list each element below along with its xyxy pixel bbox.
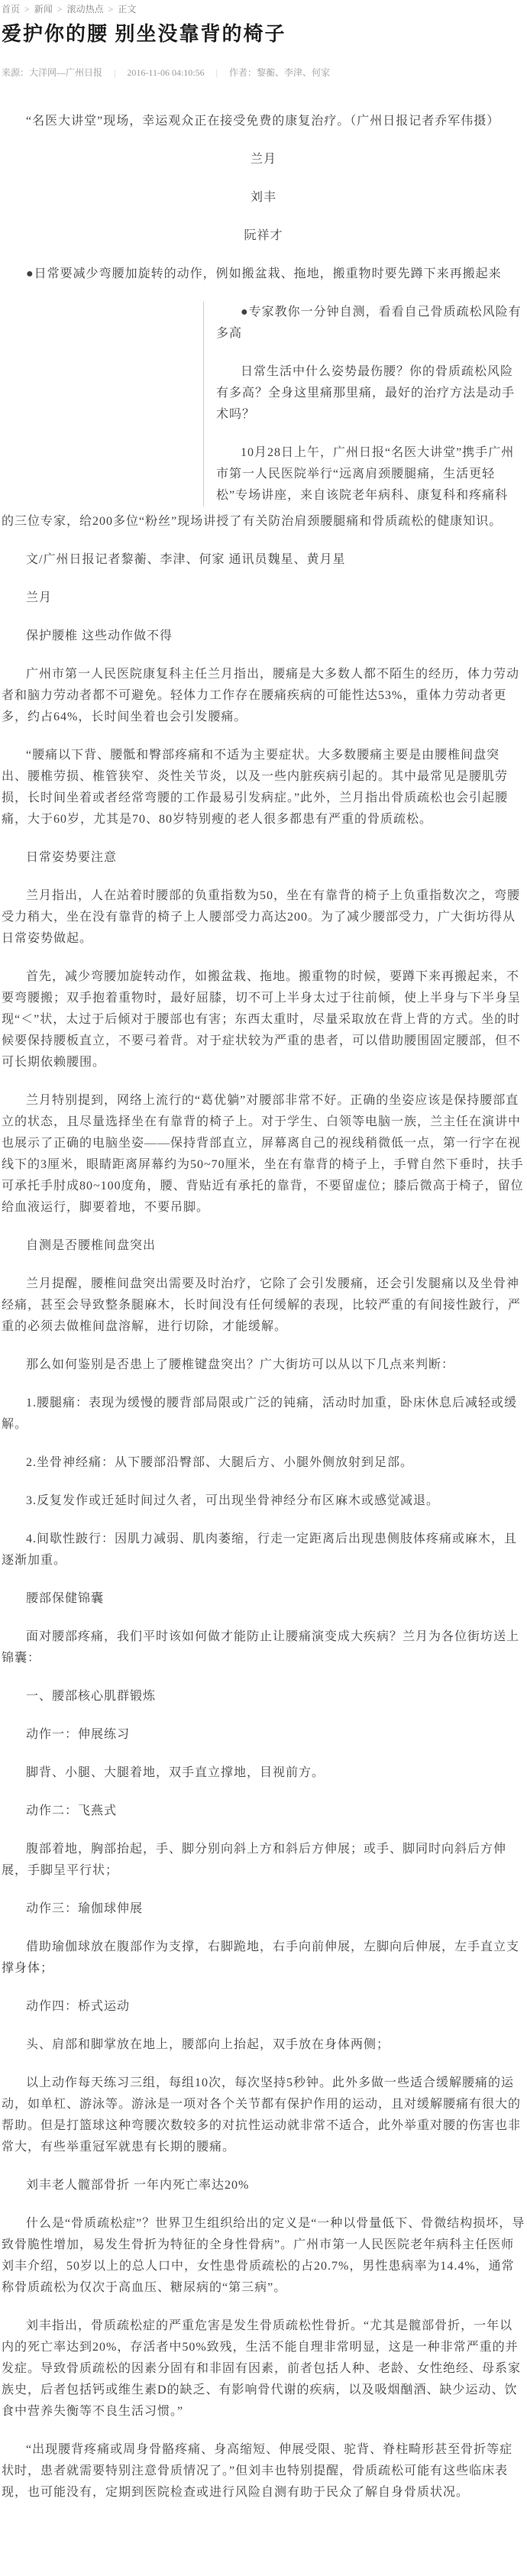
article-paragraph: 一、腰部核心肌群锻炼 xyxy=(2,1686,525,1707)
article-paragraph: 兰月特别提到，网络上流行的“葛优躺”对腰部非常不好。正确的坐姿应该是保持腰部直立… xyxy=(2,1090,525,1218)
highlight-bullet: ●日常要减少弯腰加旋转的动作，例如搬盆栽、拖地，搬重物时要先蹲下来再搬起来 xyxy=(2,264,525,285)
breadcrumb-separator: > xyxy=(108,4,114,15)
article-content: “名医大讲堂”现场，幸运观众正在接受免费的康复治疗。（广州日报记者乔军伟摄） 兰… xyxy=(2,111,525,2503)
quote-paragraph: 10月28日上午，广州日报“名医大讲堂”携手广州市第一人民医院举行“远离肩颈腰腿… xyxy=(216,442,525,506)
article-paragraph: 腰部保健锦囊 xyxy=(2,1588,525,1610)
breadcrumb-separator: > xyxy=(24,4,30,15)
page-title: 爱护你的腰 别坐没靠背的椅子 xyxy=(2,22,525,47)
article-paragraph: 动作一：伸展练习 xyxy=(2,1724,525,1746)
article-paragraph: 自测是否腰椎间盘突出 xyxy=(2,1235,525,1257)
expert-name: 阮祥才 xyxy=(2,225,525,247)
meta-datetime: 2016-11-06 04:10:56 xyxy=(127,67,204,78)
article-paragraph: 兰月提醒，腰椎间盘突出需要及时治疗，它除了会引发腰痛，还会引发腿痛以及坐骨神经痛… xyxy=(2,1273,525,1338)
byline: 文/广州日报记者黎蘅、李津、何家 通讯员魏星、黄月星 xyxy=(2,549,525,571)
article-paragraph: 2.坐骨神经痛：从下腰部沿臀部、大腿后方、小腿外侧放射到足部。 xyxy=(2,1452,525,1474)
article-paragraph: 日常姿势要注意 xyxy=(2,847,525,869)
breadcrumb: 首页>新闻>滚动热点>正文 xyxy=(2,0,525,15)
article-paragraph: 动作三：瑜伽球伸展 xyxy=(2,1898,525,1920)
breadcrumb-link-3: 正文 xyxy=(118,4,136,15)
highlight-quote-block: ●专家教你一分钟自测，看看自己骨质疏松风险有多高日常生活中什么姿势最伤腰？你的骨… xyxy=(203,302,525,506)
article-paragraph: 兰月指出，人在站着时腰部的负重指数为50，坐在有靠背的椅子上负重指数次之，弯腰受… xyxy=(2,885,525,950)
article-paragraph: 动作四：桥式运动 xyxy=(2,1996,525,2018)
article-paragraph: 刘丰指出，骨质疏松症的严重危害是发生骨质疏松性骨折。“尤其是髋部骨折，一年以内的… xyxy=(2,2315,525,2422)
photo-caption: “名医大讲堂”现场，幸运观众正在接受免费的康复治疗。（广州日报记者乔军伟摄） xyxy=(2,111,525,132)
article-paragraph: 借助瑜伽球放在腹部作为支撑，右脚跪地，右手向前伸展，左脚向后伸展，左手直立支撑身… xyxy=(2,1937,525,1979)
quote-paragraph: 日常生活中什么姿势最伤腰？你的骨质疏松风险有多高？全身这里痛那里痛，最好的治疗方… xyxy=(216,361,525,426)
article-paragraph: 广州市第一人民医院康复科主任兰月指出，腰痛是大多数人都不陌生的经历，体力劳动者和… xyxy=(2,664,525,728)
expert-names: 兰月刘丰阮祥才 xyxy=(2,149,525,247)
article-paragraph: 腹部着地，胸部抬起，手、脚分别向斜上方和斜后方伸展；或手、脚同时向斜后方伸展，手… xyxy=(2,1839,525,1882)
breadcrumb-link-0[interactable]: 首页 xyxy=(2,4,20,15)
article-meta: 来源：大洋网—广州日报 | 2016-11-06 04:10:56 | 作者：黎… xyxy=(2,66,525,79)
meta-source: 来源：大洋网—广州日报 xyxy=(2,67,102,78)
meta-divider: | xyxy=(216,67,218,78)
quote-paragraph: ●专家教你一分钟自测，看看自己骨质疏松风险有多高 xyxy=(216,302,525,345)
article-body: 兰月保护腰椎 这些动作做不得广州市第一人民医院康复科主任兰月指出，腰痛是大多数人… xyxy=(2,587,525,2503)
article-paragraph: 刘丰老人髋部骨折 一年内死亡率达20% xyxy=(2,2175,525,2196)
article-paragraph: 兰月 xyxy=(2,587,525,609)
article-paragraph: 动作二：飞燕式 xyxy=(2,1801,525,1822)
expert-name: 兰月 xyxy=(2,149,525,170)
breadcrumb-link-1[interactable]: 新闻 xyxy=(34,4,53,15)
article-paragraph: 3.反复发作或迁延时间过久者，可出现坐骨神经分布区麻木或感觉减退。 xyxy=(2,1490,525,1512)
article-page: 首页>新闻>滚动热点>正文 爱护你的腰 别坐没靠背的椅子 来源：大洋网—广州日报… xyxy=(0,0,527,2503)
article-paragraph: 头、肩部和脚掌放在地上，腰部向上抬起，双手放在身体两侧； xyxy=(2,2034,525,2056)
article-paragraph: “出现腰背疼痛或周身骨骼疼痛、身高缩短、伸展受限、驼背、脊柱畸形甚至骨折等症状时… xyxy=(2,2439,525,2503)
article-paragraph: 以上动作每天练习三组，每组10次，每次坚持5秒钟。此外多做一些适合缓解腰痛的运动… xyxy=(2,2073,525,2158)
article-paragraph: 那么如何鉴别是否患上了腰椎键盘突出？广大街坊可以从以下几点来判断： xyxy=(2,1354,525,1376)
article-paragraph: 保护腰椎 这些动作做不得 xyxy=(2,626,525,647)
article-paragraph: 脚背、小腿、大腿着地，双手直立撑地，目视前方。 xyxy=(2,1762,525,1784)
article-paragraph: “腰痛以下背、腰骶和臀部疼痛和不适为主要症状。大多数腰痛主要是由腰椎间盘突出、腰… xyxy=(2,745,525,830)
article-paragraph: 4.间歇性跛行：因肌力减弱、肌肉萎缩，行走一定距离后出现患侧肢体疼痛或麻木，且逐… xyxy=(2,1529,525,1571)
expert-name: 刘丰 xyxy=(2,187,525,209)
breadcrumb-separator: > xyxy=(57,4,63,15)
article-paragraph: 1.腰腿痛：表现为缓慢的腰背部局限或广泛的钝痛，活动时加重，卧床休息后减轻或缓解… xyxy=(2,1393,525,1435)
quote-overflow-line: 的三位专家，给200多位“粉丝”现场讲授了有关防治肩颈腰腿痛和骨质疏松的健康知识… xyxy=(2,511,525,532)
article-paragraph: 面对腰部疼痛，我们平时该如何做才能防止让腰痛演变成大疾病？兰月为各位街坊送上锦囊… xyxy=(2,1626,525,1669)
article-paragraph: 什么是“骨质疏松症”？世界卫生组织给出的定义是“一种以骨量低下、骨微结构损坏，导… xyxy=(2,2213,525,2299)
meta-divider: | xyxy=(114,67,115,78)
meta-author: 作者：黎蘅、李津、何家 xyxy=(229,67,330,78)
breadcrumb-link-2[interactable]: 滚动热点 xyxy=(67,4,104,15)
article-paragraph: 首先，减少弯腰加旋转动作，如搬盆栽、拖地。搬重物的时候，要蹲下来再搬起来，不要弯… xyxy=(2,966,525,1073)
